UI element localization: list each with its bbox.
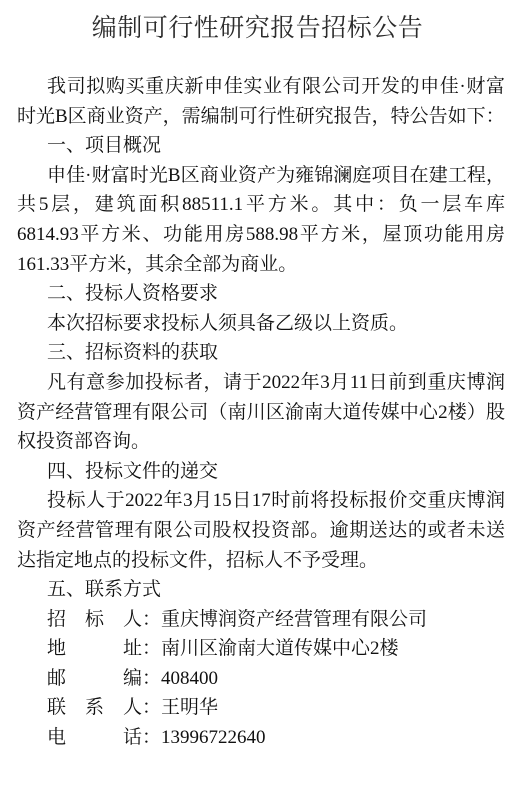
project-overview-paragraph: 申佳·财富时光B区商业资产为雍锦澜庭项目在建工程，共5层，建筑面积88511.1… (17, 161, 505, 279)
contact-label-contact-person: 联系人 (47, 693, 142, 723)
contact-label-postcode: 邮编 (47, 664, 142, 694)
section-heading-contact: 五、联系方式 (17, 575, 505, 605)
contact-list: 招标人 ： 重庆博润资产经营管理有限公司 地址 ： 南川区渝南大道传媒中心2楼 … (17, 605, 505, 753)
contact-colon: ： (142, 693, 161, 723)
section-heading-bidder-qualification: 二、投标人资格要求 (17, 279, 505, 309)
intro-paragraph: 我司拟购买重庆新申佳实业有限公司开发的申佳·财富时光B区商业资产，需编制可行性研… (17, 72, 505, 131)
contact-row-tenderer: 招标人 ： 重庆博润资产经营管理有限公司 (17, 605, 505, 635)
section-heading-project-overview: 一、项目概况 (17, 131, 505, 161)
section-heading-submission: 四、投标文件的递交 (17, 457, 505, 487)
contact-value-postcode: 408400 (161, 664, 218, 694)
bidder-qualification-paragraph: 本次招标要求投标人须具备乙级以上资质。 (17, 309, 505, 339)
section-heading-obtain-documents: 三、招标资料的获取 (17, 338, 505, 368)
contact-row-contact-person: 联系人 ： 王明华 (17, 693, 505, 723)
submission-paragraph: 投标人于2022年3月15日17时前将投标报价交重庆博润资产经营管理有限公司股权… (17, 486, 505, 575)
obtain-documents-paragraph: 凡有意参加投标者，请于2022年3月11日前到重庆博润资产经营管理有限公司（南川… (17, 368, 505, 457)
contact-label-address: 地址 (47, 634, 142, 664)
contact-value-tenderer: 重庆博润资产经营管理有限公司 (161, 605, 427, 635)
contact-value-contact-person: 王明华 (161, 693, 218, 723)
contact-colon: ： (142, 634, 161, 664)
document-title: 编制可行性研究报告招标公告 (0, 10, 515, 46)
contact-colon: ： (142, 723, 161, 753)
contact-label-tenderer: 招标人 (47, 605, 142, 635)
contact-colon: ： (142, 605, 161, 635)
contact-row-phone: 电话 ： 13996722640 (17, 723, 505, 753)
contact-value-phone: 13996722640 (161, 723, 266, 753)
contact-colon: ： (142, 664, 161, 694)
contact-value-address: 南川区渝南大道传媒中心2楼 (161, 634, 399, 664)
contact-row-address: 地址 ： 南川区渝南大道传媒中心2楼 (17, 634, 505, 664)
document-body: 我司拟购买重庆新申佳实业有限公司开发的申佳·财富时光B区商业资产，需编制可行性研… (17, 72, 505, 753)
contact-row-postcode: 邮编 ： 408400 (17, 664, 505, 694)
contact-label-phone: 电话 (47, 723, 142, 753)
